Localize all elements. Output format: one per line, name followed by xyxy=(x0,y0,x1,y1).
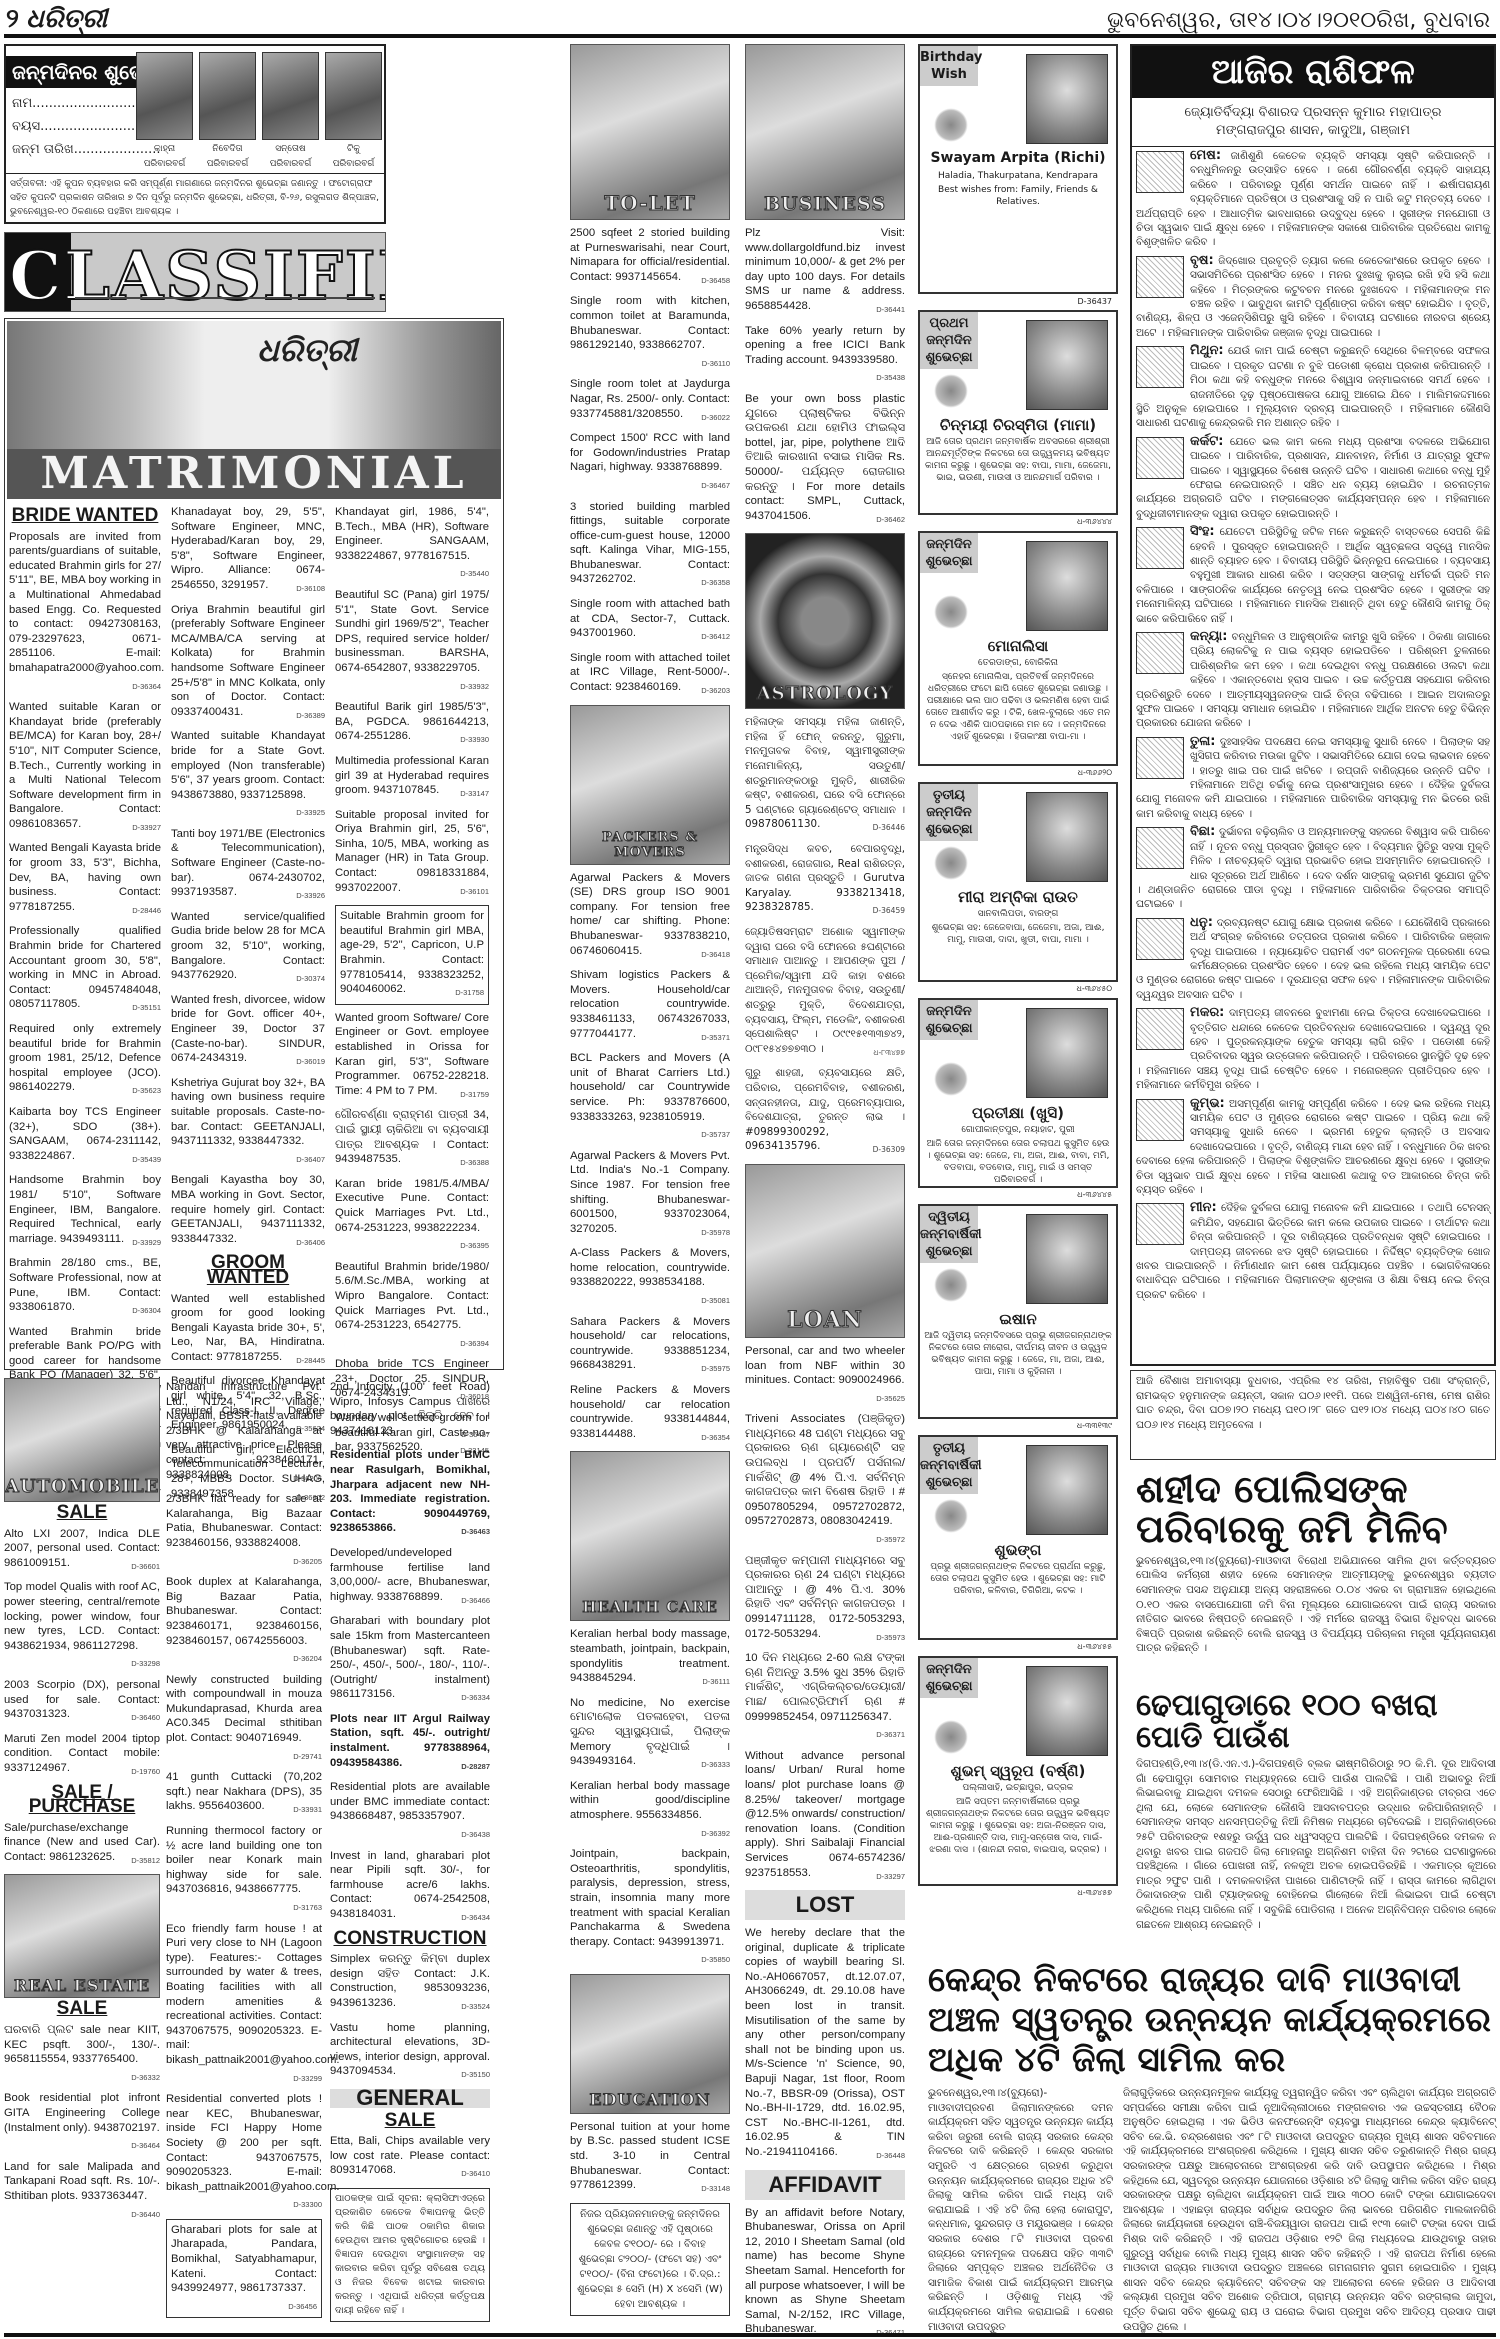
author-name: ଜ୍ୟୋତିର୍ବିଦ୍ୟା ବିଶାରଦ ପ୍ରସନ୍ନ କୁମାର ମହାପ… xyxy=(1132,104,1494,122)
classified-ad: Khandayat girl, 1986, 5'4", B.Tech., MBA… xyxy=(335,505,489,582)
ad-text: Plz Visit: www.dollargoldfund.biz invest… xyxy=(745,227,905,312)
wish-location: Haladia, Thakurpatana, Kendrapara xyxy=(924,170,1112,182)
classified-ad: We hereby declare that the original, dup… xyxy=(745,1926,905,2164)
rashi-sign: ଧନୁ: xyxy=(1190,915,1213,930)
ad-text: Bengali Kayastha boy 30, MBA working in … xyxy=(171,1174,325,1244)
birthday-wishes-column: Birthday WishSwayam Arpita (Richi)Haladi… xyxy=(918,44,1118,1902)
ad-code: D-36407 xyxy=(296,1153,325,1168)
zodiac-icon xyxy=(1136,346,1184,388)
classified-ad: Residential plots under BMC near Rasulga… xyxy=(330,1448,490,1540)
real-estate-col-2: Nandan Infrastructure Pvt. Ltd., N1/24, … xyxy=(166,1380,322,2324)
ad-code: D-33926 xyxy=(296,889,325,904)
ad-code: D-36467 xyxy=(701,479,730,494)
ad-text: Personal, car and two wheeler loan from … xyxy=(745,1345,905,1386)
zodiac-icon xyxy=(1136,437,1184,479)
ad-code: D-35978 xyxy=(701,1226,730,1241)
rashi-entry: ଧନୁ: ଦ୍ରବ୍ୟନଷ୍ଟ ଯୋଗୁ କ୍ଷୋଭ ପ୍ରକାଶ କରିବେ … xyxy=(1132,914,1494,1004)
rashi-sign: ମିଥୁନ: xyxy=(1190,343,1224,358)
classified-ad: Wanted suitable Karan or Khandayat bride… xyxy=(9,700,161,835)
ad-text: 2/3BHK flat ready for sale at Kalarahang… xyxy=(166,1493,322,1549)
automobile-section: AUTOMOBILE SALE Alto LXI 2007, Indica DL… xyxy=(4,1378,160,2228)
ad-code: D-36441 xyxy=(876,303,905,318)
child-photo xyxy=(1026,1666,1108,1756)
ad-code: D-36358 xyxy=(701,576,730,591)
classified-ad: Personal, car and two wheeler loan from … xyxy=(745,1344,905,1406)
coupon-photo-slot: ସନ୍ତୋଷପରିବାରବର୍ଗ xyxy=(262,52,319,170)
classified-ad: Plz Visit: www.dollargoldfund.biz invest… xyxy=(745,226,905,318)
classified-ad: 2nd Infocity (100' feet Road) Wipro, Inf… xyxy=(330,1380,490,1442)
classified-ad: Kshetriya Gujurat boy 32+, BA having own… xyxy=(171,1076,325,1168)
wish-tag: ତୃତୀୟ ଜନ୍ମବାର୍ଷିକୀ ଶୁଭେଚ୍ଛା xyxy=(920,1437,978,1494)
matrimonial-col-3: Khandayat girl, 1986, 5'4", B.Tech., MBA… xyxy=(335,505,489,1465)
classified-ad: Gharabari with boundary plot sale 15km f… xyxy=(330,1614,490,1706)
loan-banner-text: LOAN xyxy=(746,1307,904,1333)
ad-text: Running thermocol factory or ½ acre land… xyxy=(166,1825,322,1895)
ad-code: D-35150 xyxy=(461,2068,490,2083)
astrology-banner-text: ASTROLOGY xyxy=(746,683,904,704)
wish-name: ଶୁଭଙ୍ଗ xyxy=(920,1541,1116,1559)
loan-listings: Personal, car and two wheeler loan from … xyxy=(745,1344,905,1884)
birthday-coupon: ଜନ୍ମଦିନର ଶୁଭେଚ୍ଛା ନାମ...................… xyxy=(4,44,386,224)
ad-code: D-36434 xyxy=(461,1911,490,1926)
ad-text: Land for sale Malipada and Tankapani Roa… xyxy=(4,2161,160,2202)
wish-location: ଗୋପୀକାନ୍ତପୁର, ନୟାହାଟ, ପୁରୀ xyxy=(924,1124,1112,1136)
wish-code: ଧ-୩୩୧୩୯ xyxy=(1077,1421,1112,1431)
general-sale-heading: SALE xyxy=(330,2114,490,2129)
lost-heading: LOST xyxy=(745,1890,905,1920)
wish-location: ତେରଡାଙ୍ଗ, ବୋରିକିନା xyxy=(924,657,1112,669)
ad-code: D-36110 xyxy=(702,357,730,372)
classified-ad: Agarwal Packers & Movers (SE) DRS group … xyxy=(570,871,730,963)
ad-text: ପଞ୍ଜୀକୃତ କମ୍ପାନୀ ମାଧ୍ୟମରେ ସବୁ ପ୍ରକାରର ଋଣ… xyxy=(745,1555,905,1640)
matrimonial-logo: ଧରିତ୍ରୀ xyxy=(257,331,357,370)
classified-ad: Residential converted plots ! near KEC, … xyxy=(166,2092,322,2213)
general-heading: GENERAL xyxy=(330,2089,490,2108)
rashifal-title: ଆଜିର ରାଶିଫଳ xyxy=(1132,46,1494,98)
photo-caption-name: ଟିକୁ xyxy=(325,144,382,155)
ad-text: By an affidavit before Notary, Bhubanesw… xyxy=(745,2207,905,2336)
rashi-text: ଯେତେଟା ପରିସ୍ଥିତିକୁ ଜଟିଳ ମନେ କରୁଛନ୍ତି ବାସ… xyxy=(1136,526,1490,624)
photo-caption-from: ପରିବାରବର୍ଗ xyxy=(199,159,256,170)
newspaper-logo: ଧରିତ୍ରୀ xyxy=(26,4,107,35)
ad-code: D-36458 xyxy=(701,274,730,289)
ad-code: D-36111 xyxy=(702,1675,730,1690)
wish-name: ପ୍ରତୀକ୍ଷା (ଖୁସି) xyxy=(920,1104,1116,1122)
classified-ad: Nandan Infrastructure Pvt. Ltd., N1/24, … xyxy=(166,1380,322,1486)
ad-code: D-33931 xyxy=(293,1803,322,1818)
ad-code: D-36204 xyxy=(293,1652,322,1667)
wish-code: ଧ-୩୬୪୫୫ xyxy=(1077,1642,1112,1652)
birthday-wish-card: ପ୍ରଥମ ଜନ୍ମଦିନ ଶୁଭେଚ୍ଛାଚିନ୍ମୟୀ ଚିରସ୍ମିତା … xyxy=(918,310,1118,515)
ad-text: Kshetriya Gujurat boy 32+, BA having own… xyxy=(171,1077,325,1147)
news-headline: କେନ୍ଦ୍ର ନିକଟରେ ରାଜ୍ୟର ଦାବି ମାଓବାଦୀ ଅଞ୍ଚଳ… xyxy=(928,1960,1496,2080)
coupon-terms: ସର୍ତ୍ତାବଳୀ: ଏହି କୁପନ ବ୍ୟବହାର କରି ସମ୍ପୂର୍… xyxy=(6,173,384,222)
ad-code: D-33927 xyxy=(132,821,161,836)
classified-ad: Eco friendly farm house ! at Puri very c… xyxy=(166,1922,322,2087)
ad-code: D-36457 xyxy=(461,1428,490,1443)
classified-ad: Invest in land, gharabari plot near Pipi… xyxy=(330,1849,490,1926)
ad-code: D-33147 xyxy=(460,787,489,802)
flower-icon xyxy=(934,1268,968,1302)
classified-ad: Wanted Bengali Kayasta bride for groom 3… xyxy=(9,841,161,918)
ad-code: D-36203 xyxy=(701,684,730,699)
birthday-wish-card: ତୃତୀୟ ଜନ୍ମଦିନ ଶୁଭେଚ୍ଛାମୀରା ଅମ୍ବିକା ରାଉତସ… xyxy=(918,782,1118,982)
ad-text: Wanted fresh, divorcee, widow bride for … xyxy=(171,994,325,1064)
zodiac-icon xyxy=(1136,256,1184,298)
ad-code: D-36462 xyxy=(876,513,905,528)
photo-caption-name: କାହ୍ନା xyxy=(136,144,193,155)
ad-code: D-35973 xyxy=(876,1631,905,1646)
news-body: ଭୁବନେଶ୍ୱର,୧୩।୪(ବ୍ୟୁରୋ)-ମାଓବାଦୀ ବିରୋଧୀ ଅଭ… xyxy=(1136,1554,1496,1656)
ad-text: ମହିଳାଙ୍କ ସମସ୍ୟା ମହିଳା ଜାଣନ୍ତି, ମହିଳା ହିଁ… xyxy=(745,716,905,830)
classified-ad: Required only extremely beautiful bride … xyxy=(9,1022,161,1099)
ad-text: Single room with kitchen, common toilet … xyxy=(570,295,730,351)
wish-message: ଆଜି ସପ୍ତମ ଜନ୍ମବାର୍ଷିକୀରେ ପ୍ରଭୁ ଶ୍ରୀଜଗନ୍ନ… xyxy=(924,1796,1112,1856)
bottom-rule xyxy=(4,2333,1496,2337)
bride-wanted-heading: BRIDE WANTED xyxy=(9,509,161,524)
classified-ad: Proposals are invited from parents/guard… xyxy=(9,530,161,695)
rashi-sign: କନ୍ୟା: xyxy=(1190,629,1227,644)
matrimonial-banner-image: ଧରିତ୍ରୀ MATRIMONIAL xyxy=(7,321,501,499)
birthday-wish-card: ଜନ୍ମଦିନ ଶୁଭେଚ୍ଛାଶୁଭମ୍ ସ୍ୱରୂପ (ବର୍ଷ୍ଣି)ପଲ… xyxy=(918,1656,1118,1886)
classified-ad: Wanted well established groom for good l… xyxy=(171,1292,325,1369)
classified-ad: Take 60% yearly return by opening a free… xyxy=(745,324,905,386)
ad-text: Top model Qualis with roof AC, power ste… xyxy=(4,1581,160,1651)
wish-message: ଆଜି ତୋର ଜନ୍ମଦିନରେ ତୋର ଚଲାପଥ କୁସୁମିତ ହେଉ … xyxy=(924,1138,1112,1186)
wish-tag: ଜନ୍ମଦିନ ଶୁଭେଚ୍ଛା xyxy=(920,1000,978,1040)
ad-text: Beautiful SC (Pana) girl 1975/ 5'1", Sta… xyxy=(335,589,489,674)
ad-code: D-36392 xyxy=(701,1827,730,1842)
matrimonial-col-2: Khanadayat boy, 29, 5'5", Software Engin… xyxy=(171,505,325,1511)
ad-code: D-35975 xyxy=(701,1362,730,1377)
astrology-listings: ମହିଳାଙ୍କ ସମସ୍ୟା ମହିଳା ଜାଣନ୍ତି, ମହିଳା ହିଁ… xyxy=(745,715,905,1158)
ad-code: D-36334 xyxy=(461,1691,490,1706)
classified-ad: Compect 1500' RCC with land for Godown/i… xyxy=(570,431,730,493)
portrait-photo xyxy=(262,52,319,140)
news-headline: ଢେପାଗୁଡାରେ ୧୦୦ ବଖରା ପୋଡି ପାଉଁଶ xyxy=(1136,1690,1496,1753)
child-photo xyxy=(1026,54,1108,144)
matrimonial-col-1: BRIDE WANTED Proposals are invited from … xyxy=(9,505,161,1505)
wish-name: ଇଷାନ xyxy=(920,1310,1116,1328)
dateline: ଭୁବନେଶ୍ୱର, ତା୧୪।୦୪।୨୦୧୦ରିଖ, ବୁଧବାର xyxy=(1107,8,1490,33)
classified-ad: No medicine, No exercise ମୋଟାଲୋକ ପତଳାହେବ… xyxy=(570,1696,730,1773)
rashi-text: ଜାଣିଶୁଣି କେତେକ ବ୍ୟକ୍ତି ସମସ୍ୟା ସୃଷ୍ଟି କରି… xyxy=(1136,150,1490,248)
ad-code: D-28446 xyxy=(132,904,161,919)
classified-ad: 2/3BHK flat ready for sale at Kalarahang… xyxy=(166,1492,322,1569)
classified-ad: Suitable proposal invited for Oriya Brah… xyxy=(335,808,489,900)
ad-text: Khanadayat boy, 29, 5'5", Software Engin… xyxy=(171,506,325,591)
column-four: TO-LET 2500 sqfeet 2 storied building at… xyxy=(570,44,730,2316)
flower-icon xyxy=(934,595,968,629)
ad-code: D-36406 xyxy=(296,1236,325,1251)
news-body-columns: ଭୁବନେଶ୍ୱର,୧୩।୪(ବ୍ୟୁରୋ)- ମାଓବାଦୀପ୍ରବଣ ଜିଲ… xyxy=(928,2086,1496,2334)
ad-code: D-36394 xyxy=(460,1337,489,1352)
ad-code: D-36019 xyxy=(296,1055,325,1070)
classified-ad: Vastu home planning, architectural eleva… xyxy=(330,2021,490,2083)
classified-ad: Newly constructed building with compound… xyxy=(166,1673,322,1765)
classified-ad: Single room with attached toilet at IRC … xyxy=(570,651,730,699)
ad-code: D-35151 xyxy=(132,1001,161,1016)
photo-caption-name: ନିବେଦିତା xyxy=(199,144,256,155)
classified-ad: Wanted service/qualified Gudia bride bel… xyxy=(171,910,325,987)
rashi-text: ଜିଦ୍‌ଖୋର ପ୍ରବୃତ୍ତି ତ୍ୟାଗ କଲେ କେତେକାଂଶରେ … xyxy=(1136,255,1490,339)
automobile-banner-text: AUTOMOBILE xyxy=(5,1476,159,1497)
classified-ad: Professionally qualified Brahmin bride f… xyxy=(9,924,161,1016)
ad-text: Wanted Bengali Kayasta bride for groom 3… xyxy=(9,842,161,912)
birthday-wish-card: ଦ୍ୱିତୀୟ ଜନ୍ମବାର୍ଷିକୀ ଶୁଭେଚ୍ଛାଇଷାନଆଜି ଦ୍ୱ… xyxy=(918,1204,1118,1419)
ad-code: D-33298 xyxy=(131,1657,160,1672)
ad-code: D-36022 xyxy=(701,411,730,426)
real-estate-banner-text: REAL ESTATE xyxy=(5,1979,159,1994)
ad-code: D-35438 xyxy=(876,371,905,386)
rashifal-list: ମେଷ: ଜାଣିଶୁଣି କେତେକ ବ୍ୟକ୍ତି ସମସ୍ୟା ସୃଷ୍ଟ… xyxy=(1132,147,1494,1304)
classified-ad: Gharabari plots for sale at Jharapada, P… xyxy=(166,2219,322,2319)
rashi-entry: ବୃଷ: ଜିଦ୍‌ଖୋର ପ୍ରବୃତ୍ତି ତ୍ୟାଗ କଲେ କେତେକା… xyxy=(1132,252,1494,342)
ad-code: D-36410 xyxy=(461,2167,490,2182)
classified-ad: Single room with attached bath at CDA, S… xyxy=(570,597,730,645)
ad-code: D-36460 xyxy=(131,1711,160,1726)
ad-code: D-36101 xyxy=(460,885,489,900)
author-address: ମଙ୍ଗରାଜପୁର ଶାସନ, କାଦୁଆ, ଗଞ୍ଜାମ xyxy=(1132,122,1494,140)
classified-ad: Triveni Associates (ପଞ୍ଜିକୃତ) ମାଧ୍ୟମରେ 4… xyxy=(745,1412,905,1547)
classified-ad: ଜ୍ୟୋତିଷସମ୍ରାଟ ଅଶୋକ ସ୍ୱାମୀଙ୍କ ଦ୍ୱାରା ଘରେ … xyxy=(745,925,905,1060)
classified-ad: BCL Packers and Movers (A unit of Bharat… xyxy=(570,1051,730,1143)
ad-code: D-36333 xyxy=(701,1758,730,1773)
classified-ad: Land for sale Malipada and Tankapani Roa… xyxy=(4,2160,160,2222)
ad-text: ଘରବାରି ପ୍ଲଟ sale near KIIT, KEC psqft. 3… xyxy=(4,2024,160,2065)
classified-ad: Multimedia professional Karan girl 39 at… xyxy=(335,754,489,802)
ad-code: D-36459 xyxy=(873,904,905,919)
ad-code: ଧ-୮୩୪୭୭ xyxy=(873,1046,905,1061)
classified-ad: Beautiful SC (Pana) girl 1975/ 5'1", Sta… xyxy=(335,588,489,694)
ad-code: D-36108 xyxy=(296,582,325,597)
groom-wanted-heading: GROOM WANTED xyxy=(171,1256,325,1285)
rashi-sign: ମକର: xyxy=(1190,1005,1224,1020)
ad-text: Keralian herbal body massage within good… xyxy=(570,1780,730,1821)
ad-text: ଜ୍ୟୋତିଷସମ୍ରାଟ ଅଶୋକ ସ୍ୱାମୀଙ୍କ ଦ୍ୱାରା ଘରେ … xyxy=(745,926,905,1055)
zodiac-icon xyxy=(1136,918,1184,960)
ad-text: Newly constructed building with compound… xyxy=(166,1674,322,1744)
health-banner-image: HEALTH CARE xyxy=(570,1451,730,1621)
business-banner-text: BUSINESS xyxy=(746,193,904,215)
ad-text: Be your own boss plastic ଯୁଗରେ ପ୍ଲାଷ୍ଟିକ… xyxy=(745,393,905,522)
photo-caption-from: ପରିବାରବର୍ଗ xyxy=(262,159,319,170)
rashi-sign: ବୃଷ: xyxy=(1190,253,1214,268)
business-banner-image: BUSINESS xyxy=(745,44,905,220)
ad-code: D-36389 xyxy=(296,709,325,724)
classified-ad: Khanadayat boy, 29, 5'5", Software Engin… xyxy=(171,505,325,597)
classified-ad: ଗୁରୁ ଶାହଜୀ, ବ୍ୟବସାୟରେ କ୍ଷତି, ପରିବାର, ପ୍ର… xyxy=(745,1066,905,1158)
automobile-banner-image: AUTOMOBILE xyxy=(4,1378,160,1502)
wish-location: ପଲ୍ଲୀସାହି, ଇଚ୍ଛାପୁର, ଭଦ୍ରକ xyxy=(924,1782,1112,1794)
classified-ad: Beautiful Barik girl 1985/5'3", BA, PGDC… xyxy=(335,700,489,748)
child-photo xyxy=(1026,1008,1108,1098)
classified-ad: Shivam logistics Packers & Movers. House… xyxy=(570,968,730,1045)
ad-code: D-31758 xyxy=(455,986,484,1001)
ad-code: D-36205 xyxy=(293,1555,322,1570)
ad-code: D-33148 xyxy=(701,2182,730,2197)
ad-text: Suitable proposal invited for Oriya Brah… xyxy=(335,809,489,894)
ad-text: Personal tuition at your home by B.Sc. p… xyxy=(570,2121,730,2191)
flower-icon xyxy=(934,1720,968,1754)
rashi-text: ବନ୍ଧୁମିଳନ ଓ ଆନୁଷ୍ଠାନିକ କାମରୁ ଖୁସି ରହିବେ … xyxy=(1136,631,1490,729)
flower-icon xyxy=(934,374,968,408)
ad-text: A-Class Packers & Movers, home relocatio… xyxy=(570,1247,730,1288)
rashi-entry: କନ୍ୟା: ବନ୍ଧୁମିଳନ ଓ ଆନୁଷ୍ଠାନିକ କାମରୁ ଖୁସି… xyxy=(1132,628,1494,733)
ad-code: D-33925 xyxy=(296,806,325,821)
zodiac-icon xyxy=(1136,632,1184,674)
column-five: BUSINESS Plz Visit: www.dollargoldfund.b… xyxy=(745,44,905,2339)
classified-ad: Wanted fresh, divorcee, widow bride for … xyxy=(171,993,325,1070)
wish-tag: ତୃତୀୟ ଜନ୍ମଦିନ ଶୁଭେଚ୍ଛା xyxy=(920,784,978,841)
classified-ad: Bengali Kayastha boy 30, MBA working in … xyxy=(171,1173,325,1250)
wish-tag: ଜନ୍ମଦିନ ଶୁଭେଚ୍ଛା xyxy=(920,533,978,573)
ad-text: Suitable Brahmin groom for beautiful Bra… xyxy=(340,910,484,995)
photo-caption-from: ପରିବାରବର୍ଗ xyxy=(325,159,382,170)
loan-banner-image: LOAN xyxy=(745,1164,905,1338)
classified-ad: Single room with kitchen, common toilet … xyxy=(570,294,730,371)
ad-code: D-31763 xyxy=(293,1901,322,1916)
classified-ad: Kaibarta boy TCS Engineer (32+), SDO (38… xyxy=(9,1105,161,1167)
wish-location: ସାନବାଲିପଡା, ବାରଙ୍ଗ xyxy=(924,908,1112,920)
coupon-photo-slot: ଟିକୁପରିବାରବର୍ଗ xyxy=(325,52,382,170)
child-photo xyxy=(1026,1445,1108,1535)
classified-ad: Book duplex at Kalarahanga, Big Bazaar P… xyxy=(166,1575,322,1667)
ad-code: D-36418 xyxy=(701,948,730,963)
ad-code: D-30374 xyxy=(296,972,325,987)
ad-code: D-33932 xyxy=(460,680,489,695)
ad-code: D-36354 xyxy=(701,1431,730,1446)
classified-ad: Alto LXI 2007, Indica DLE 2007, personal… xyxy=(4,1527,160,1575)
coupon-photos: କାହ୍ନାପରିବାରବର୍ଗ ନିବେଦିତାପରିବାରବର୍ଗ ସନ୍ତ… xyxy=(136,52,382,170)
ad-text: Professionally qualified Brahmin bride f… xyxy=(9,925,161,1010)
real-estate-col-3: 2nd Infocity (100' feet Road) Wipro, Inf… xyxy=(330,1380,490,2322)
real-estate-sale-heading: SALE xyxy=(4,2002,160,2017)
ad-code: D-36456 xyxy=(288,2300,317,2315)
packers-listings: Agarwal Packers & Movers (SE) DRS group … xyxy=(570,871,730,1446)
ad-text: Wanted suitable Karan or Khandayat bride… xyxy=(9,701,161,830)
ad-text: Shivam logistics Packers & Movers. House… xyxy=(570,969,730,1039)
education-banner-image: EDUCATION xyxy=(570,1974,730,2114)
ad-text: Wanted suitable Khandayat bride for a St… xyxy=(171,730,325,800)
ad-text: Residential converted plots ! near KEC, … xyxy=(166,2093,340,2193)
rate-notice: ନିଜର ପ୍ରିୟଜନମାନଙ୍କୁ ଜନ୍ମଦିନର ଶୁଭେଚ୍ଛା ଜଣ… xyxy=(570,2203,730,2316)
ad-text: Oriya Brahmin beautiful girl (preferably… xyxy=(171,604,325,718)
ad-text: No medicine, No exercise ମୋଟାଲୋକ ପତଳାହେବ… xyxy=(570,1697,730,1767)
classified-ad: ମନ୍ତ୍ରସିଦ୍ଧ କବଚ, ବେପାରବୃଦ୍ଧି, ବଶୀକରଣ, ରୋ… xyxy=(745,842,905,919)
classified-ad: Oriya Brahmin beautiful girl (preferably… xyxy=(171,603,325,724)
rashi-text: ଅସମ୍ପୂର୍ଣ୍ଣ କାମକୁ ସମ୍ପୂର୍ଣ୍ଣ କରିବେ । ଦେହ… xyxy=(1136,1098,1490,1196)
classified-ad: Reline Packers & Movers household/ car r… xyxy=(570,1383,730,1445)
ad-code: D-35623 xyxy=(132,1084,161,1099)
sale-purchase-heading: SALE / PURCHASE xyxy=(4,1786,160,1815)
ad-text: Residential plots under BMC near Rasulga… xyxy=(330,1449,490,1534)
news-story-1: ଶହୀଦ ପୋଲିସଙ୍କ ପରିବାରକୁ ଜମି ମିଳିବ ଭୁବନେଶ୍… xyxy=(1136,1470,1496,1656)
ad-code: D-35737 xyxy=(701,1128,730,1143)
coupon-photo-slot: ନିବେଦିତାପରିବାରବର୍ଗ xyxy=(199,52,256,170)
classified-ad: Be your own boss plastic ଯୁଗରେ ପ୍ଲାଷ୍ଟିକ… xyxy=(745,392,905,527)
ad-text: Book residential plot infront GITA Engin… xyxy=(4,2092,160,2133)
ad-code: D-36446 xyxy=(873,821,905,836)
rashi-entry: ସିଂହ: ଯେତେଟା ପରିସ୍ଥିତିକୁ ଜଟିଳ ମନେ କରୁଛନ୍… xyxy=(1132,523,1494,628)
ad-text: Agarwal Packers & Movers Pvt. Ltd. India… xyxy=(570,1150,730,1235)
rashi-entry: ମେଷ: ଜାଣିଶୁଣି କେତେକ ବ୍ୟକ୍ତି ସମସ୍ୟା ସୃଷ୍ଟ… xyxy=(1132,147,1494,252)
ad-text: Beautiful Brahmin bride/1980/ 5.6/M.Sc./… xyxy=(335,1261,489,1331)
rashi-text: ଦୈହିକ ଦୁର୍ବଳତା ଯୋଗୁ ମନୋବଳ କମି ଯାଇପାରେ । … xyxy=(1136,1202,1490,1300)
ad-code: D-36601 xyxy=(131,1560,160,1575)
classified-ad: ପଞ୍ଜୀକୃତ କମ୍ପାନୀ ମାଧ୍ୟମରେ ସବୁ ପ୍ରକାରର ଋଣ… xyxy=(745,1554,905,1646)
classified-ad: Beautiful Brahmin bride/1980/ 5.6/M.Sc./… xyxy=(335,1260,489,1352)
page-number: ୨ xyxy=(6,4,19,35)
photo-caption-name: ସନ୍ତୋଷ xyxy=(262,144,319,155)
zodiac-icon xyxy=(1136,1008,1184,1050)
ad-code: D-33930 xyxy=(460,733,489,748)
construction-heading: CONSTRUCTION xyxy=(330,1932,490,1947)
zodiac-icon xyxy=(1136,527,1184,569)
ad-text: Wanted service/qualified Gudia bride bel… xyxy=(171,911,325,981)
classified-ad: Jointpain, backpain, Osteoarthritis, spo… xyxy=(570,1847,730,1968)
rashi-sign: ମୀନ: xyxy=(1190,1200,1217,1215)
ad-text: BCL Packers and Movers (A unit of Bharat… xyxy=(570,1052,730,1122)
classified-ad: Etta, Bali, Chips available very low cos… xyxy=(330,2134,490,2182)
wish-code: ଧ-୩୬୪୫୭ xyxy=(1077,1888,1112,1898)
flower-icon xyxy=(934,108,968,142)
ad-text: Triveni Associates (ପଞ୍ଜିକୃତ) ମାଧ୍ୟମରେ 4… xyxy=(745,1413,905,1527)
ad-text: Agarwal Packers & Movers (SE) DRS group … xyxy=(570,872,730,957)
ad-code: D-31759 xyxy=(460,1088,489,1103)
ad-code: D-33299 xyxy=(293,2072,322,2087)
matrimonial-banner-text: MATRIMONIAL xyxy=(7,449,501,499)
ad-code: D-19760 xyxy=(131,1765,160,1780)
wish-message: ଆଜି ଦ୍ୱିତୀୟ ଜନ୍ମଦିବସରେ ପ୍ରଭୁ ଶ୍ରୀଜଗନ୍ନାଥ… xyxy=(924,1330,1112,1378)
ad-text: Wanted groom Software/ Core Engineer or … xyxy=(335,1012,489,1097)
ad-text: Handsome Brahmin boy 1981/ 5'10", Softwa… xyxy=(9,1174,161,1244)
ad-code: D-35439 xyxy=(132,1153,161,1168)
ad-code: D-36371 xyxy=(876,1728,905,1743)
portrait-photo xyxy=(136,52,193,140)
lost-listings: We hereby declare that the original, dup… xyxy=(745,1926,905,2164)
ad-code: D-28287 xyxy=(461,1760,490,1775)
classified-ad: 10 ଦିନ ମଧ୍ୟରେ 2-60 ଲକ୍ଷ ଟଙ୍କା ଋଣ ନିଅନ୍ତୁ… xyxy=(745,1651,905,1743)
classified-ad: 3 storied building marbled fittings, sui… xyxy=(570,500,730,592)
astrology-banner-image: ASTROLOGY xyxy=(745,533,905,709)
wish-name: ଚିନ୍ମୟୀ ଚିରସ୍ମିତା (ମାମା) xyxy=(920,416,1116,434)
rashi-entry: କୁମ୍ଭ: ଅସମ୍ପୂର୍ଣ୍ଣ କାମକୁ ସମ୍ପୂର୍ଣ୍ଣ କରିବ… xyxy=(1132,1095,1494,1200)
ad-code: D-35081 xyxy=(701,1294,730,1309)
classified-ad: Wanted groom Software/ Core Engineer or … xyxy=(335,1011,489,1103)
news-body: ଦିଗପହଣ୍ଡି,୧୩।୪(ଡି.ଏନ.ଏ.)-ଦିଗପହଣ୍ଡି ବ୍ଲକ … xyxy=(1136,1757,1496,1932)
rashi-text: ଯେତେ ଭଲ କାମ କଲେ ମଧ୍ୟ ପ୍ରଶଂସା ବଦଳରେ ଅଭିଯୋ… xyxy=(1136,436,1490,520)
classified-ad: A-Class Packers & Movers, home relocatio… xyxy=(570,1246,730,1308)
ad-text: ଗୁରୁ ଶାହଜୀ, ବ୍ୟବସାୟରେ କ୍ଷତି, ପରିବାର, ପ୍ର… xyxy=(745,1067,905,1152)
rashi-entry: କର୍କଟ: ଯେତେ ଭଲ କାମ କଲେ ମଧ୍ୟ ପ୍ରଶଂସା ବଦଳର… xyxy=(1132,433,1494,523)
affidavit-listings: By an affidavit before Notary, Bhubanesw… xyxy=(745,2206,905,2339)
portrait-photo xyxy=(325,52,382,140)
to-let-listings: 2500 sqfeet 2 storied building at Purnes… xyxy=(570,226,730,699)
classified-banner: CLASSIFIED xyxy=(4,232,386,312)
classified-ad: 2500 sqfeet 2 storied building at Purnes… xyxy=(570,226,730,288)
ad-text: Residential plots are available under BM… xyxy=(330,1781,490,1822)
masthead-rule xyxy=(4,34,1496,38)
rashi-sign: କୁମ୍ଭ: xyxy=(1190,1096,1225,1111)
wish-message: ପ୍ରଭୁ ଶ୍ରୀଜଗନ୍ନାଥଙ୍କ ନିକଟରେ ପ୍ରାର୍ଥନା କର… xyxy=(924,1561,1112,1597)
ad-code: D-35812 xyxy=(131,1854,160,1869)
ad-text: Wanted well established groom for good l… xyxy=(171,1293,325,1363)
birthday-wish-card: ଜନ୍ମଦିନ ଶୁଭେଚ୍ଛାମୋନାଲିସାତେରଡାଙ୍ଗ, ବୋରିକି… xyxy=(918,531,1118,766)
ad-code: D-35371 xyxy=(701,1031,730,1046)
rashi-sign: ମେଷ: xyxy=(1190,148,1221,163)
classified-ad: Suitable Brahmin groom for beautiful Bra… xyxy=(335,905,489,1005)
